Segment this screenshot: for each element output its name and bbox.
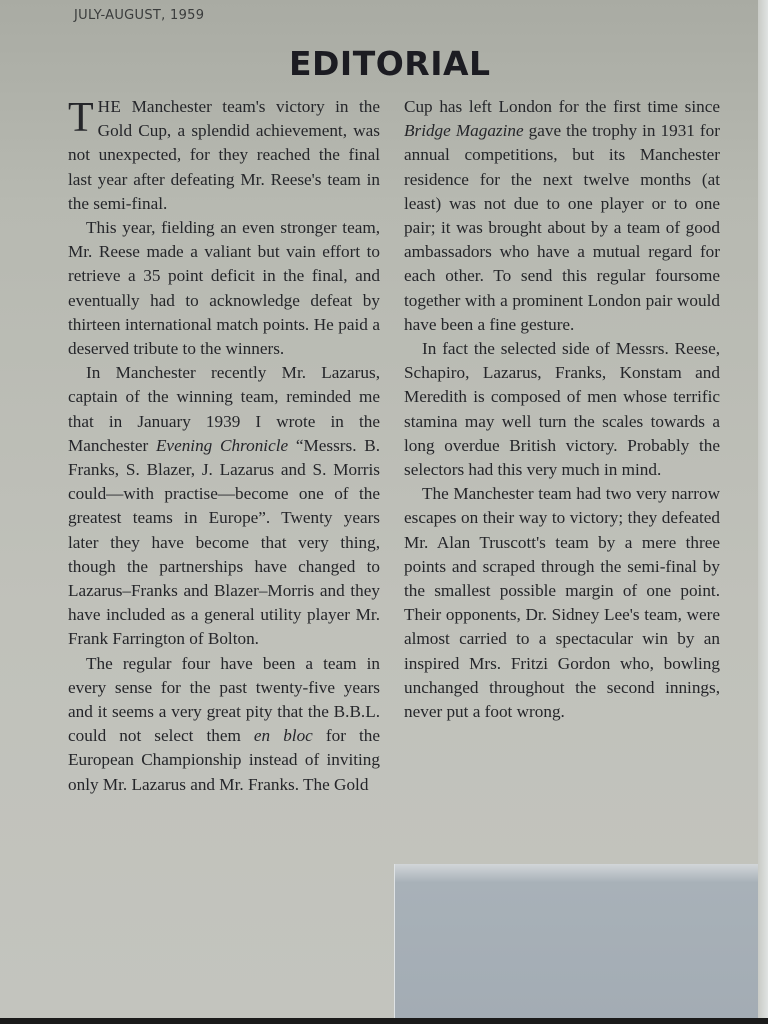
publication-name: Evening Chronicle <box>156 436 288 455</box>
paragraph-text: “Messrs. B. Franks, S. Blazer, J. Lazaru… <box>68 436 380 649</box>
paragraph: THE Manchester team's victory in the Gol… <box>68 95 380 216</box>
page-title: EDITORIAL <box>289 44 491 83</box>
paragraph: In Manchester recently Mr. Lazarus, capt… <box>68 361 380 651</box>
paragraph-text: Cup has left London for the first time s… <box>404 97 720 116</box>
paragraph: In fact the selected side of Messrs. Ree… <box>404 337 720 482</box>
page-edge <box>758 0 768 1018</box>
drop-cap: T <box>68 101 94 135</box>
left-column: THE Manchester team's victory in the Gol… <box>68 95 380 797</box>
italic-phrase: en bloc <box>254 726 313 745</box>
dateline: JULY-AUGUST, 1959 <box>74 8 204 23</box>
underlying-sheet <box>395 864 763 1018</box>
magazine-page: JULY-AUGUST, 1959 EDITORIAL THE Manchest… <box>0 0 768 1018</box>
paragraph: This year, fielding an even stronger tea… <box>68 216 380 361</box>
small-caps-lead: HE <box>98 97 122 116</box>
bottom-border <box>0 1018 768 1024</box>
paragraph: The regular four have been a team in eve… <box>68 652 380 797</box>
right-column: Cup has left London for the first time s… <box>404 95 720 724</box>
paragraph-text: gave the trophy in 1931 for annual compe… <box>404 121 720 334</box>
publication-name: Bridge Magazine <box>404 121 524 140</box>
paragraph: Cup has left London for the first time s… <box>404 95 720 337</box>
paragraph: The Manchester team had two very narrow … <box>404 482 720 724</box>
